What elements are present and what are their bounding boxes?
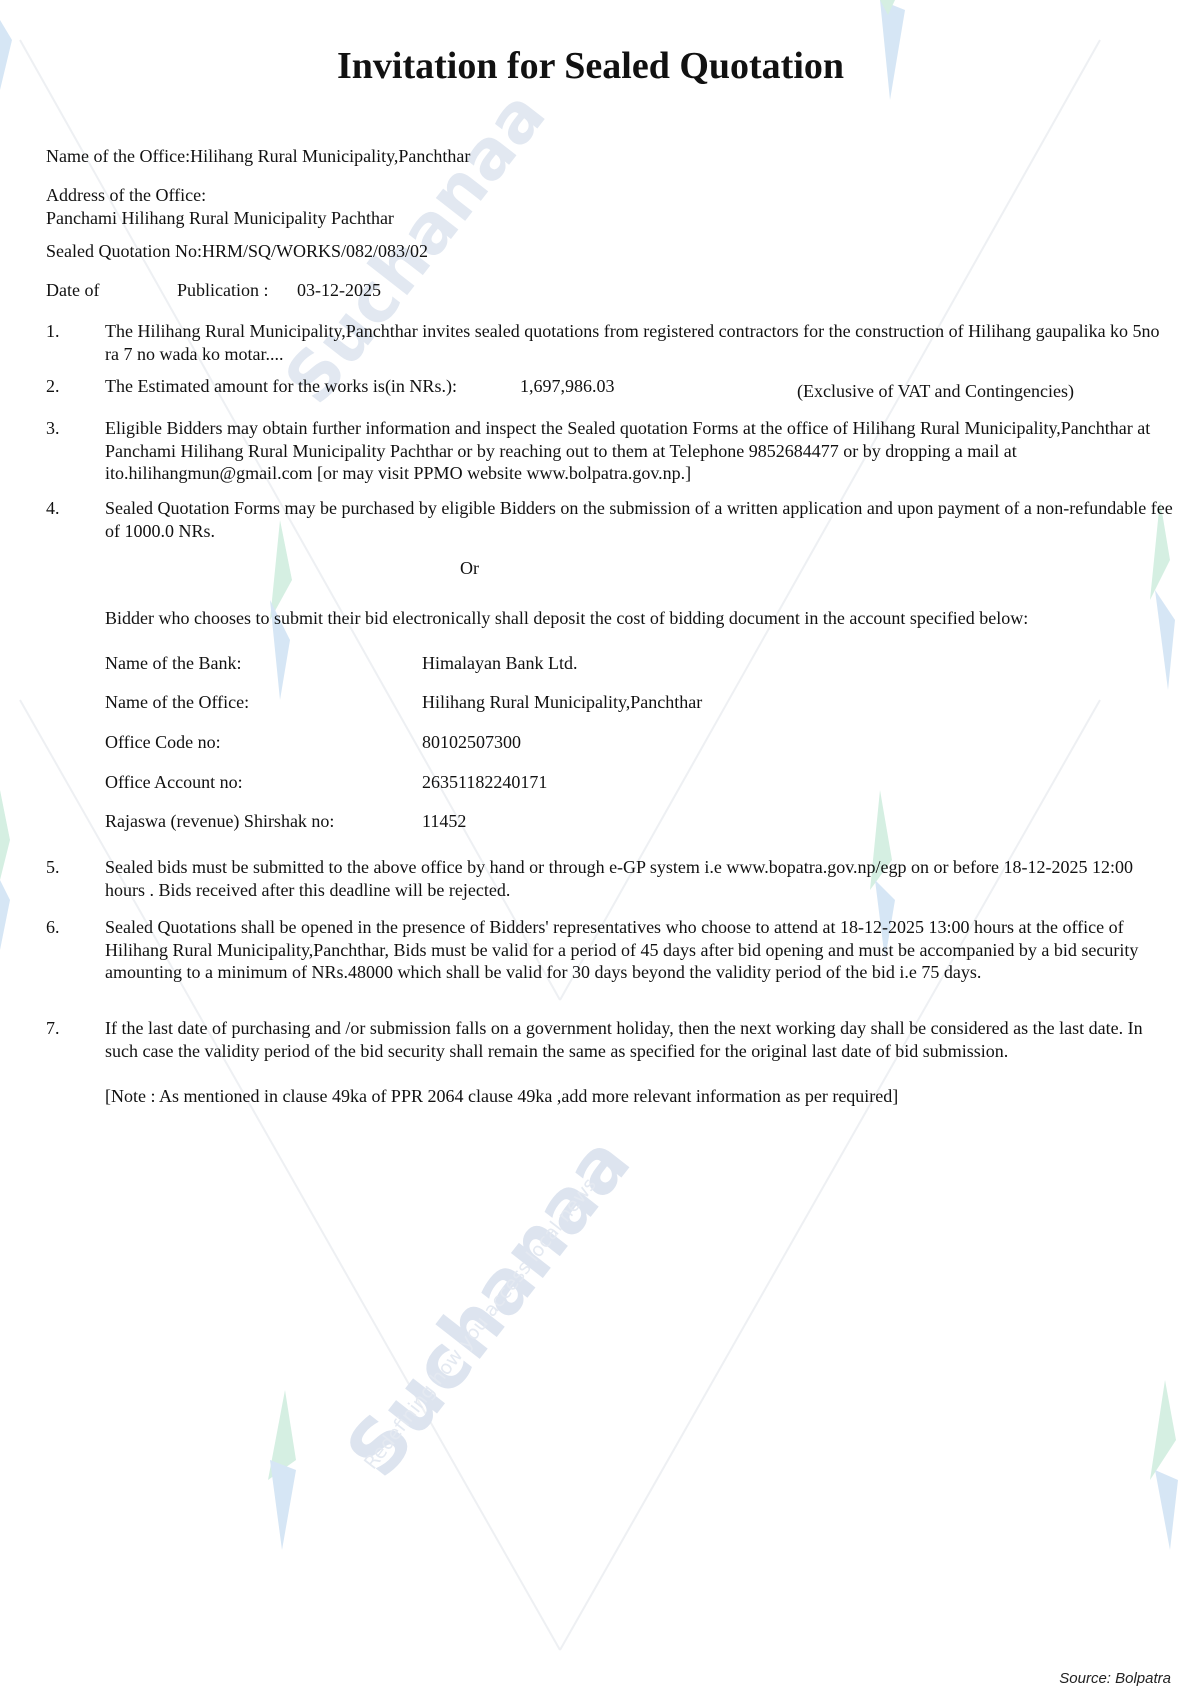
clause-text: Eligible Bidders may obtain further info… — [105, 417, 1177, 485]
bank-detail-value: 80102507300 — [422, 732, 521, 753]
bank-detail-value: 11452 — [422, 811, 466, 832]
address-label: Address of the Office: — [46, 184, 206, 206]
clause-number: 5. — [46, 856, 60, 879]
bank-detail-label: Office Account no: — [105, 772, 243, 793]
bank-detail-label: Name of the Bank: — [105, 653, 241, 674]
electronic-submission-paragraph: Bidder who chooses to submit their bid e… — [105, 608, 1028, 629]
clause-number: 6. — [46, 916, 60, 939]
clause-number: 7. — [46, 1017, 60, 1040]
bank-detail-value: 26351182240171 — [422, 772, 547, 793]
bank-detail-value: Hilihang Rural Municipality,Panchthar — [422, 692, 702, 713]
clause-note: [Note : As mentioned in clause 49ka of P… — [105, 1085, 898, 1108]
clause-text: Sealed Quotations shall be opened in the… — [105, 916, 1177, 984]
clause-number: 1. — [46, 320, 60, 343]
clause-number: 2. — [46, 375, 60, 398]
date-label-1: Date of — [46, 280, 99, 300]
document-page: Invitation for Sealed Quotation Name of … — [0, 0, 1181, 1695]
bank-detail-value: Himalayan Bank Ltd. — [422, 653, 577, 674]
date-label-2: Publication : — [177, 279, 269, 301]
source-caption: Source: Bolpatra — [1059, 1670, 1171, 1687]
date-value: 03-12-2025 — [297, 279, 381, 301]
amount-note: (Exclusive of VAT and Contingencies) — [797, 380, 1074, 403]
or-separator: Or — [460, 558, 479, 579]
clause-number: 3. — [46, 417, 60, 440]
bank-detail-label: Name of the Office: — [105, 692, 249, 713]
quotation-number: Sealed Quotation No:HRM/SQ/WORKS/082/083… — [46, 240, 428, 262]
clause-text: If the last date of purchasing and /or s… — [105, 1017, 1177, 1062]
clause-text: Sealed Quotation Forms may be purchased … — [105, 497, 1177, 542]
publication-date-row: Date of Publication : 03-12-2025 — [46, 279, 99, 301]
estimated-amount: 1,697,986.03 — [520, 375, 615, 398]
bank-detail-label: Office Code no: — [105, 732, 221, 753]
office-name-line: Name of the Office:Hilihang Rural Munici… — [46, 145, 470, 167]
clause-text: The Hilihang Rural Municipality,Panchtha… — [105, 320, 1177, 365]
document-title: Invitation for Sealed Quotation — [0, 44, 1181, 88]
address-value: Panchami Hilihang Rural Municipality Pac… — [46, 207, 394, 229]
bank-detail-label: Rajaswa (revenue) Shirshak no: — [105, 811, 334, 832]
clause-number: 4. — [46, 497, 60, 520]
clause-text: Sealed bids must be submitted to the abo… — [105, 856, 1177, 901]
